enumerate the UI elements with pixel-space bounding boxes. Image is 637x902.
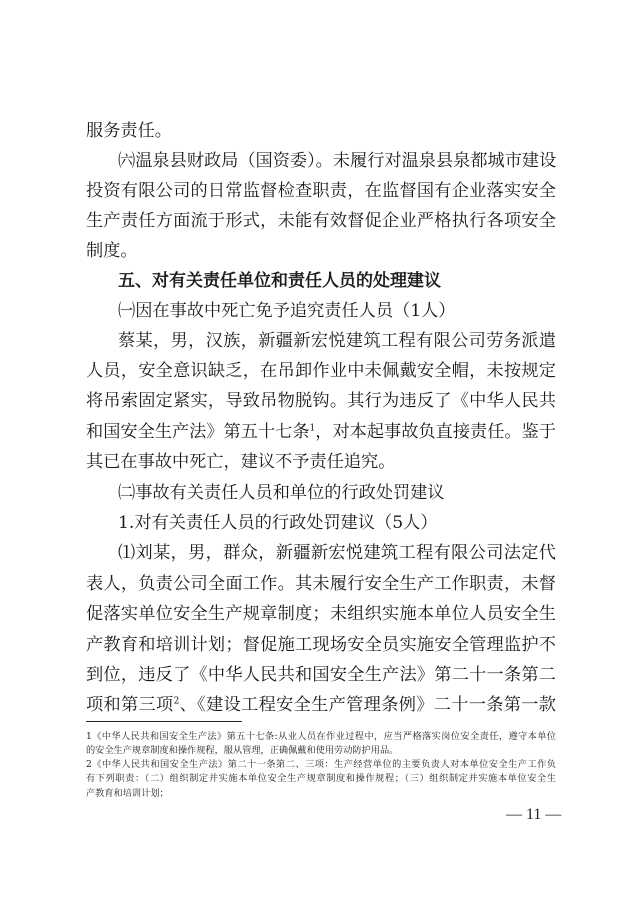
- body-line-1: 服务责任。: [86, 116, 556, 146]
- paragraph-cai-line-2: 人员，安全意识缺乏，在吊卸作业中未佩戴安全帽，未按规定: [86, 356, 556, 386]
- body-line-5: 制度。: [86, 236, 556, 266]
- paragraph-liu-line-6: 项和第三项2、《建设工程安全生产管理条例》二十一条第一款: [86, 690, 556, 720]
- text-segment: 和国安全生产法》第五十七条: [86, 422, 310, 442]
- paragraph-liu-line-5: 到位，违反了《中华人民共和国安全生产法》第二十一条第二: [86, 660, 556, 690]
- page-number: — 11 —: [506, 803, 561, 827]
- paragraph-cai-line-1: 蔡某，男，汉族，新疆新宏悦建筑工程有限公司劳务派遣: [118, 326, 556, 356]
- item-heading-1: 1.对有关责任人员的行政处罚建议（5人）: [118, 508, 556, 538]
- section-heading: 五、对有关责任单位和责任人员的处理建议: [118, 266, 556, 296]
- paragraph-cai-line-4: 和国安全生产法》第五十七条1，对本起事故负直接责任。鉴于: [86, 417, 556, 447]
- paragraph-liu-line-3: 促落实单位安全生产规章制度；未组织实施本单位人员安全生: [86, 599, 556, 629]
- body-line-3: 投资有限公司的日常监督检查职责，在监督国有企业落实安全: [86, 176, 556, 206]
- footnote-2-line-2: 有下列职责：（二）组织制定并实施本单位安全生产规章制度和操作规程；（三）组织制定…: [86, 772, 556, 786]
- text-segment: ，对本起事故负直接责任。鉴于: [315, 422, 556, 442]
- paragraph-liu-line-1: ⑴刘某，男，群众，新疆新宏悦建筑工程有限公司法定代: [118, 538, 556, 568]
- paragraph-liu-line-4: 产教育和培训计划；督促施工现场安全员实施安全管理监护不: [86, 630, 556, 660]
- text-segment: 、《建设工程安全生产管理条例》二十一条第一款: [179, 695, 556, 715]
- footnote-separator: [86, 721, 242, 722]
- footnote-1-line-2: 的安全生产规章制度和操作规程，服从管理，正确佩戴和使用劳动防护用品。: [86, 744, 556, 758]
- footnote-1-line-1: 1《中华人民共和国安全生产法》第五十七条:从业人员在作业过程中，应当严格落实岗位…: [86, 730, 556, 744]
- paragraph-cai-line-5: 其已在事故中死亡，建议不予责任追究。: [86, 447, 556, 477]
- paragraph-cai-line-3: 将吊索固定紧实，导致吊物脱钩。其行为违反了《中华人民共: [86, 386, 556, 416]
- document-page: 服务责任。 ㈥温泉县财政局（国资委）。未履行对温泉县泉都城市建设 投资有限公司的…: [0, 0, 637, 902]
- footnote-2-line-1: 2《中华人民共和国安全生产法》第二十一条第二、三项：生产经营单位的主要负责人对本…: [86, 758, 556, 772]
- subsection-heading-2: ㈡事故有关责任人员和单位的行政处罚建议: [118, 478, 556, 508]
- body-line-2: ㈥温泉县财政局（国资委）。未履行对温泉县泉都城市建设: [118, 146, 556, 176]
- subsection-heading-1: ㈠因在事故中死亡免予追究责任人员（1人）: [118, 296, 556, 326]
- text-segment: 项和第三项: [86, 695, 174, 715]
- paragraph-liu-line-2: 表人，负责公司全面工作。其未履行安全生产工作职责，未督: [86, 569, 556, 599]
- body-line-4: 生产责任方面流于形式，未能有效督促企业严格执行各项安全: [86, 206, 556, 236]
- footnote-2-line-3: 产教育和培训计划；: [86, 787, 556, 801]
